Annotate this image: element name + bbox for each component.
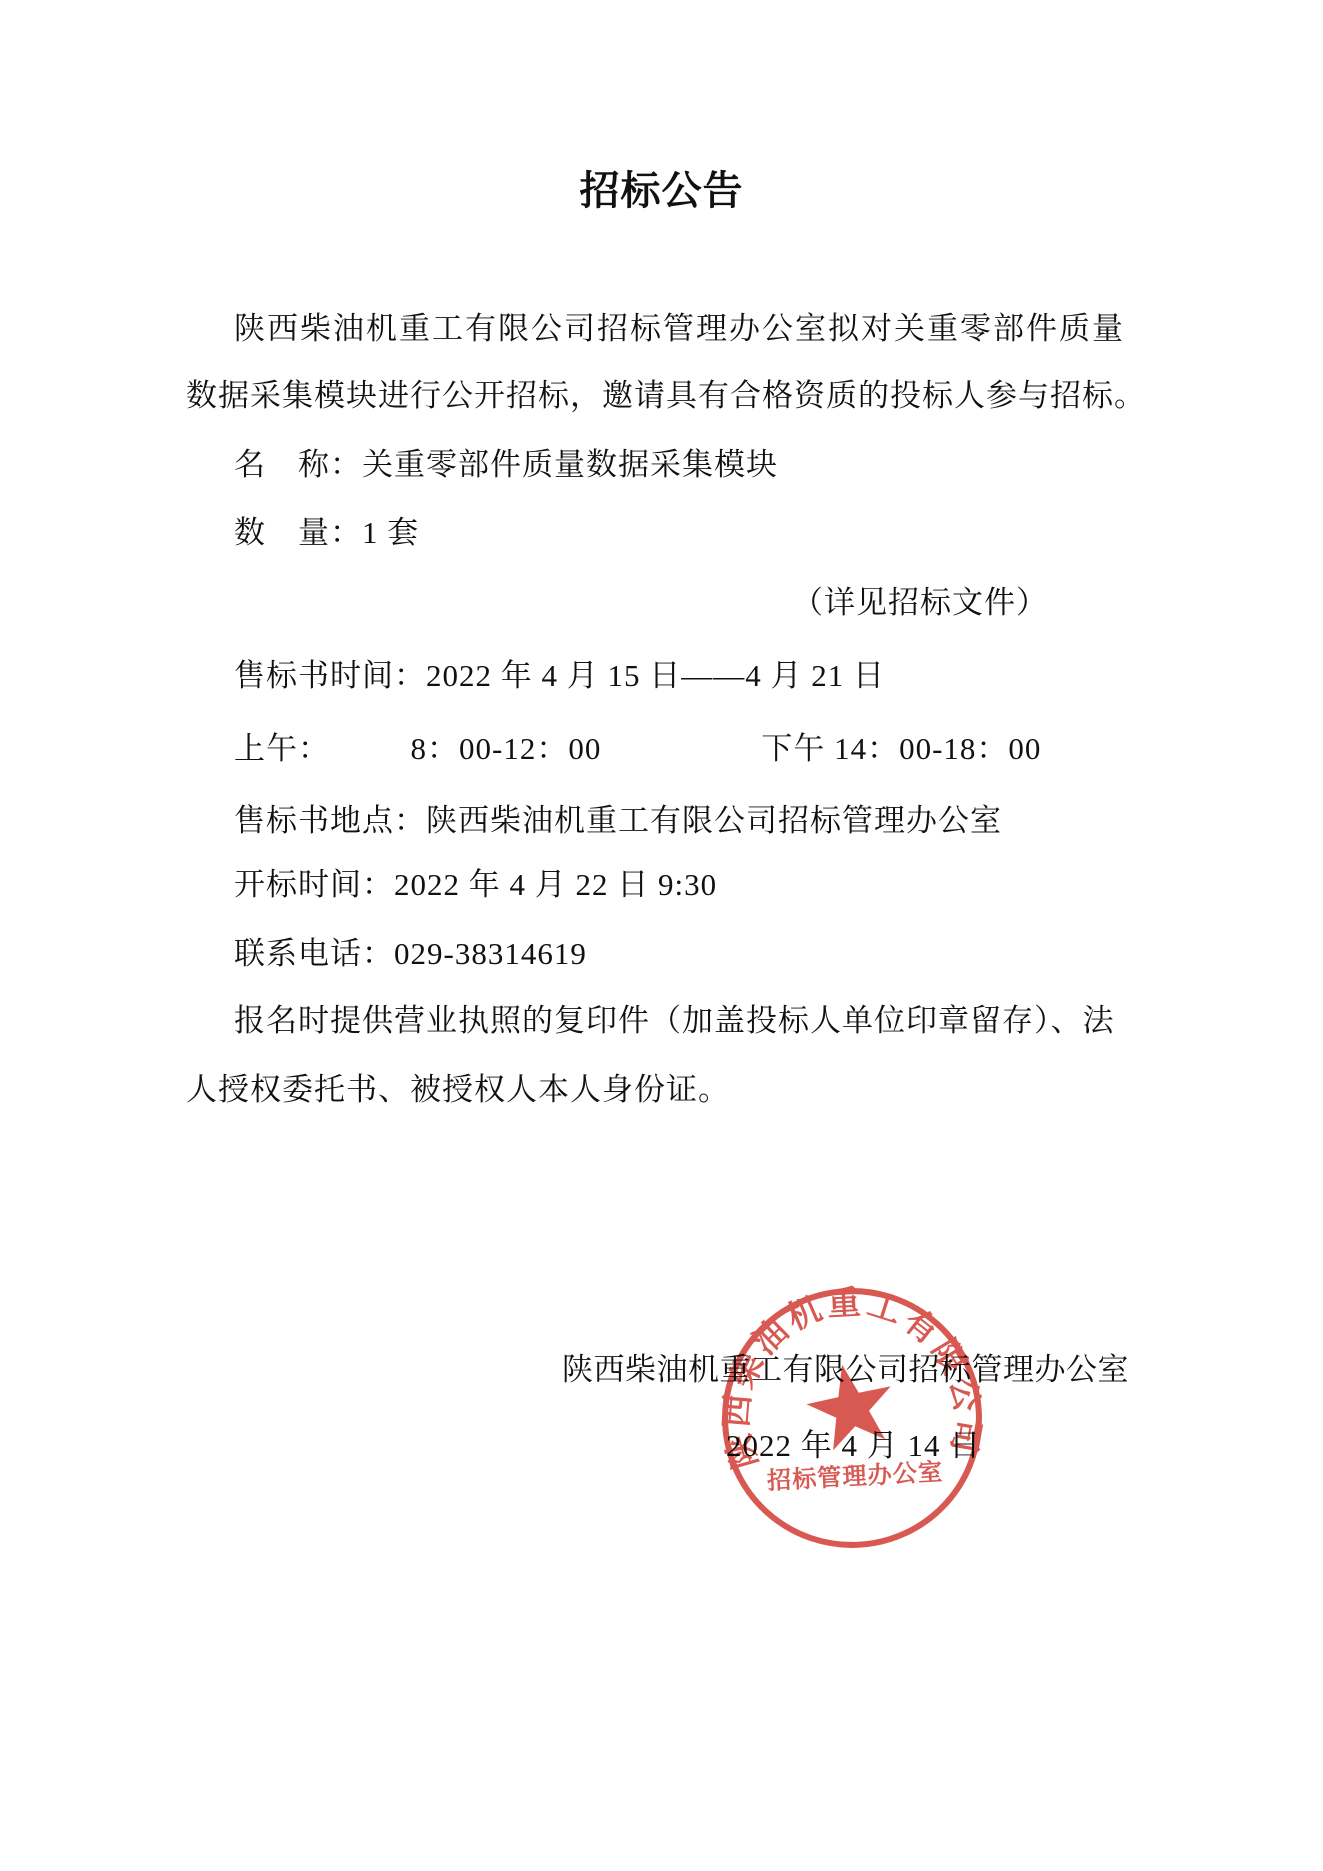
seal-star xyxy=(800,1356,901,1454)
see-docs-line: （详见招标文件） xyxy=(792,583,1048,623)
requirements-line-1: 报名时提供营业执照的复印件（加盖投标人单位印章留存）、法 xyxy=(234,1001,1115,1041)
requirements-line-2: 人授权委托书、被授权人本人身份证。 xyxy=(186,1070,730,1110)
phone-line: 联系电话：029-38314619 xyxy=(234,934,587,974)
official-seal: 陕西柴油机重工有限公司 招标管理办公室 xyxy=(711,1277,993,1559)
document-title: 招标公告 xyxy=(0,166,1323,216)
sale-time-line: 售标书时间：2022 年 4 月 15 日——4 月 21 日 xyxy=(234,656,885,696)
seal-ring-text-holder: 陕西柴油机重工有限公司 xyxy=(711,1278,988,1472)
seal-banner-text: 招标管理办公室 xyxy=(766,1458,943,1495)
open-time-line: 开标时间：2022 年 4 月 22 日 9:30 xyxy=(234,865,717,905)
seal-ring-text: 陕西柴油机重工有限公司 xyxy=(711,1278,988,1472)
intro-line-1: 陕西柴油机重工有限公司招标管理办公室拟对关重零部件质量 xyxy=(234,309,1125,349)
item-name-line: 名 称：关重零部件质量数据采集模块 xyxy=(234,445,778,485)
item-quantity-line: 数 量：1 套 xyxy=(234,513,419,553)
document-page: 招标公告 陕西柴油机重工有限公司招标管理办公室拟对关重零部件质量 数据采集模块进… xyxy=(0,0,1323,1871)
sale-hours-line: 上午： 8：00-12：00 下午 14：00-18：00 xyxy=(234,729,1041,769)
sale-place-line: 售标书地点：陕西柴油机重工有限公司招标管理办公室 xyxy=(234,801,1002,841)
intro-line-2: 数据采集模块进行公开招标，邀请具有合格资质的投标人参与招标。 xyxy=(186,376,1146,416)
